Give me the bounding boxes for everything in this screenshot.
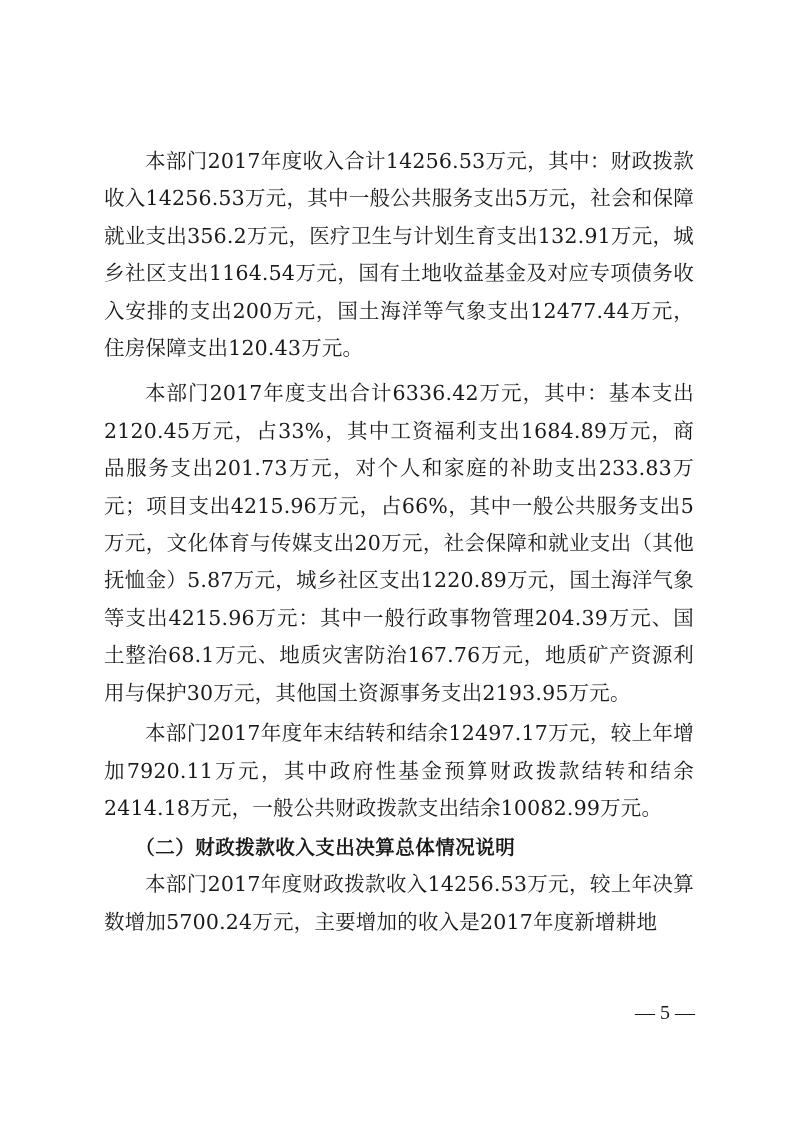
- income-summary-paragraph: 本部门2017年度收入合计14256.53万元，其中：财政拨款收入14256.5…: [104, 143, 694, 367]
- expenditure-summary-paragraph: 本部门2017年度支出合计6336.42万元，其中：基本支出2120.45万元，…: [104, 375, 694, 712]
- carryover-balance-paragraph: 本部门2017年度年末结转和结余12497.17万元，较上年增加7920.11万…: [104, 715, 694, 827]
- document-page: 本部门2017年度收入合计14256.53万元，其中：财政拨款收入14256.5…: [104, 143, 694, 941]
- section-heading: （二）财政拨款收入支出决算总体情况说明: [104, 829, 694, 866]
- fiscal-appropriation-paragraph: 本部门2017年度财政拨款收入14256.53万元，较上年决算数增加5700.2…: [104, 866, 694, 941]
- page-number: — 5 —: [635, 1002, 695, 1025]
